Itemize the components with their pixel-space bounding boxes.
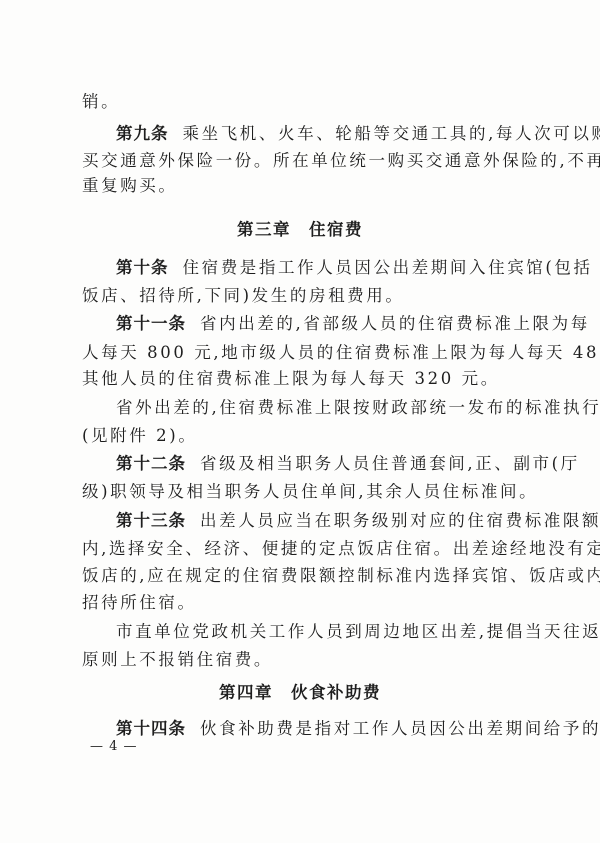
chapter-heading-4: 第四章伙食补助费	[0, 679, 600, 703]
text-line: 销。	[82, 92, 518, 112]
article-label: 第十条	[116, 258, 169, 277]
article-12: 第十二条省级及相当职务人员住普通套间,正、副市(厅	[116, 454, 518, 474]
article-text: 住宿费是指工作人员因公出差期间入住宾馆(包括	[183, 258, 593, 277]
article-label: 第十四条	[116, 719, 186, 738]
text-line: 人每天 800 元,地市级人员的住宿费标准上限为每人每天 480 元,	[82, 343, 518, 363]
article-10: 第十条住宿费是指工作人员因公出差期间入住宾馆(包括	[116, 258, 518, 278]
article-9: 第九条乘坐飞机、火车、轮船等交通工具的,每人次可以购	[116, 124, 518, 144]
text-line: 省外出差的,住宿费标准上限按财政部统一发布的标准执行	[116, 398, 518, 418]
chapter-number: 第三章	[237, 220, 291, 239]
article-text: 省级及相当职务人员住普通套间,正、副市(厅	[200, 454, 580, 473]
chapter-heading-3: 第三章住宿费	[0, 216, 600, 240]
text-line: 级)职领导及相当职务人员住单间,其余人员住标准间。	[82, 482, 518, 502]
article-label: 第十二条	[116, 454, 186, 473]
text-line: 重复购买。	[82, 176, 518, 196]
text-line: 买交通意外保险一份。所在单位统一购买交通意外保险的,不再	[82, 151, 518, 171]
article-text: 出差人员应当在职务级别对应的住宿费标准限额	[200, 511, 600, 530]
chapter-number: 第四章	[219, 683, 273, 702]
article-text: 省内出差的,省部级人员的住宿费标准上限为每	[200, 314, 590, 333]
text-line: 饭店的,应在规定的住宿费限额控制标准内选择宾馆、饭店或内部	[82, 566, 518, 586]
text-line: 饭店、招待所,下同)发生的房租费用。	[82, 286, 518, 306]
text-line: 招待所住宿。	[82, 593, 518, 613]
article-13: 第十三条出差人员应当在职务级别对应的住宿费标准限额	[116, 511, 518, 531]
text-line: 其他人员的住宿费标准上限为每人每天 320 元。	[82, 369, 518, 389]
page-number: — 4 —	[90, 739, 138, 754]
text-line: 原则上不报销住宿费。	[82, 650, 518, 670]
article-text: 乘坐飞机、火车、轮船等交通工具的,每人次可以购	[183, 124, 600, 143]
article-label: 第九条	[116, 124, 169, 143]
chapter-title: 伙食补助费	[291, 683, 381, 702]
text-line: 内,选择安全、经济、便捷的定点饭店住宿。出差途经地没有定点	[82, 539, 518, 559]
article-text: 伙食补助费是指对工作人员因公出差期间给予的	[200, 719, 600, 738]
text-line: (见附件 2)。	[82, 426, 518, 446]
article-14: 第十四条伙食补助费是指对工作人员因公出差期间给予的	[116, 719, 518, 739]
chapter-title: 住宿费	[309, 220, 363, 239]
article-label: 第十一条	[116, 314, 186, 333]
article-11: 第十一条省内出差的,省部级人员的住宿费标准上限为每	[116, 314, 518, 334]
document-page: 销。 第九条乘坐飞机、火车、轮船等交通工具的,每人次可以购 买交通意外保险一份。…	[0, 0, 600, 843]
text-line: 市直单位党政机关工作人员到周边地区出差,提倡当天往返,	[116, 622, 518, 642]
article-label: 第十三条	[116, 511, 186, 530]
